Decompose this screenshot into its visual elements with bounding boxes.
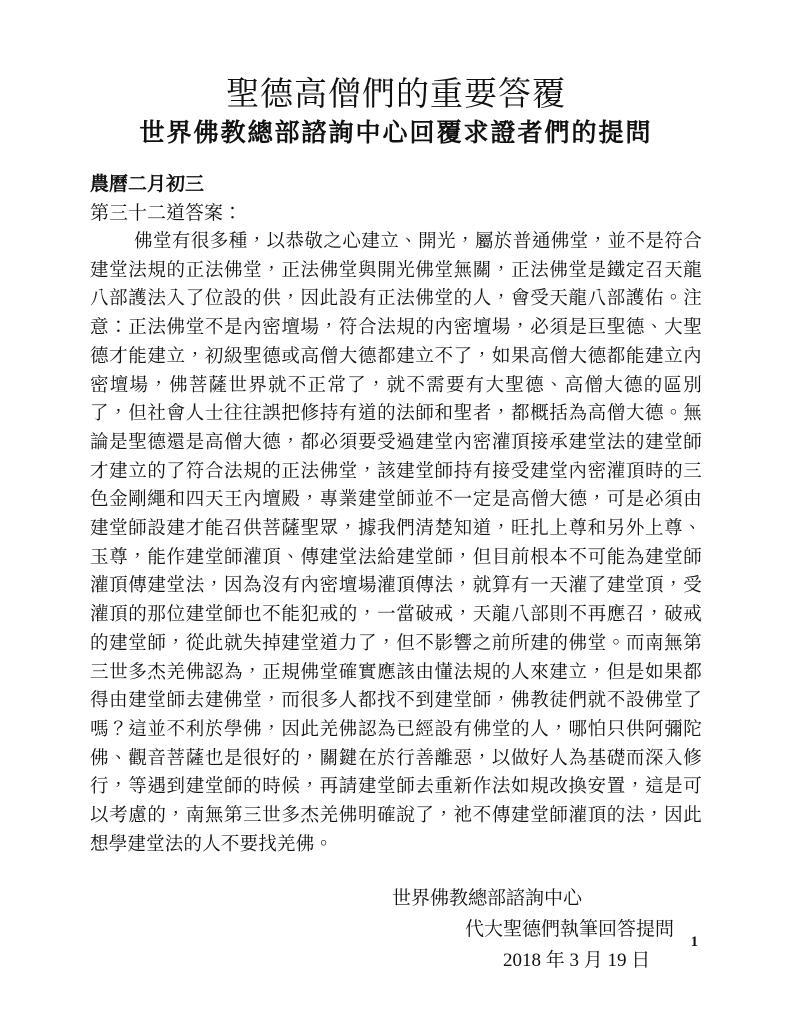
lunar-date-heading: 農曆二月初三 — [90, 170, 702, 199]
signature-block: 世界佛教總部諮詢中心 代大聖德們執筆回答提問 2018 年 3 月 19 日 — [90, 883, 702, 976]
page-number: 1 — [691, 934, 698, 951]
document-title: 聖德高僧們的重要答覆 — [90, 74, 702, 116]
answer-number-heading: 第三十二道答案： — [90, 199, 702, 228]
document-page: 聖德高僧們的重要答覆 世界佛教總部諮詢中心回覆求證者們的提問 農曆二月初三 第三… — [0, 0, 790, 1022]
signature-byline: 代大聖德們執筆回答提問 — [465, 914, 702, 945]
document-subtitle: 世界佛教總部諮詢中心回覆求證者們的提問 — [90, 116, 702, 152]
signature-date: 2018 年 3 月 19 日 — [503, 945, 702, 976]
answer-body-paragraph: 佛堂有很多種，以恭敬之心建立、開光，屬於普通佛堂，並不是符合建堂法規的正法佛堂，… — [90, 228, 702, 859]
signature-organization: 世界佛教總部諮詢中心 — [392, 883, 702, 914]
